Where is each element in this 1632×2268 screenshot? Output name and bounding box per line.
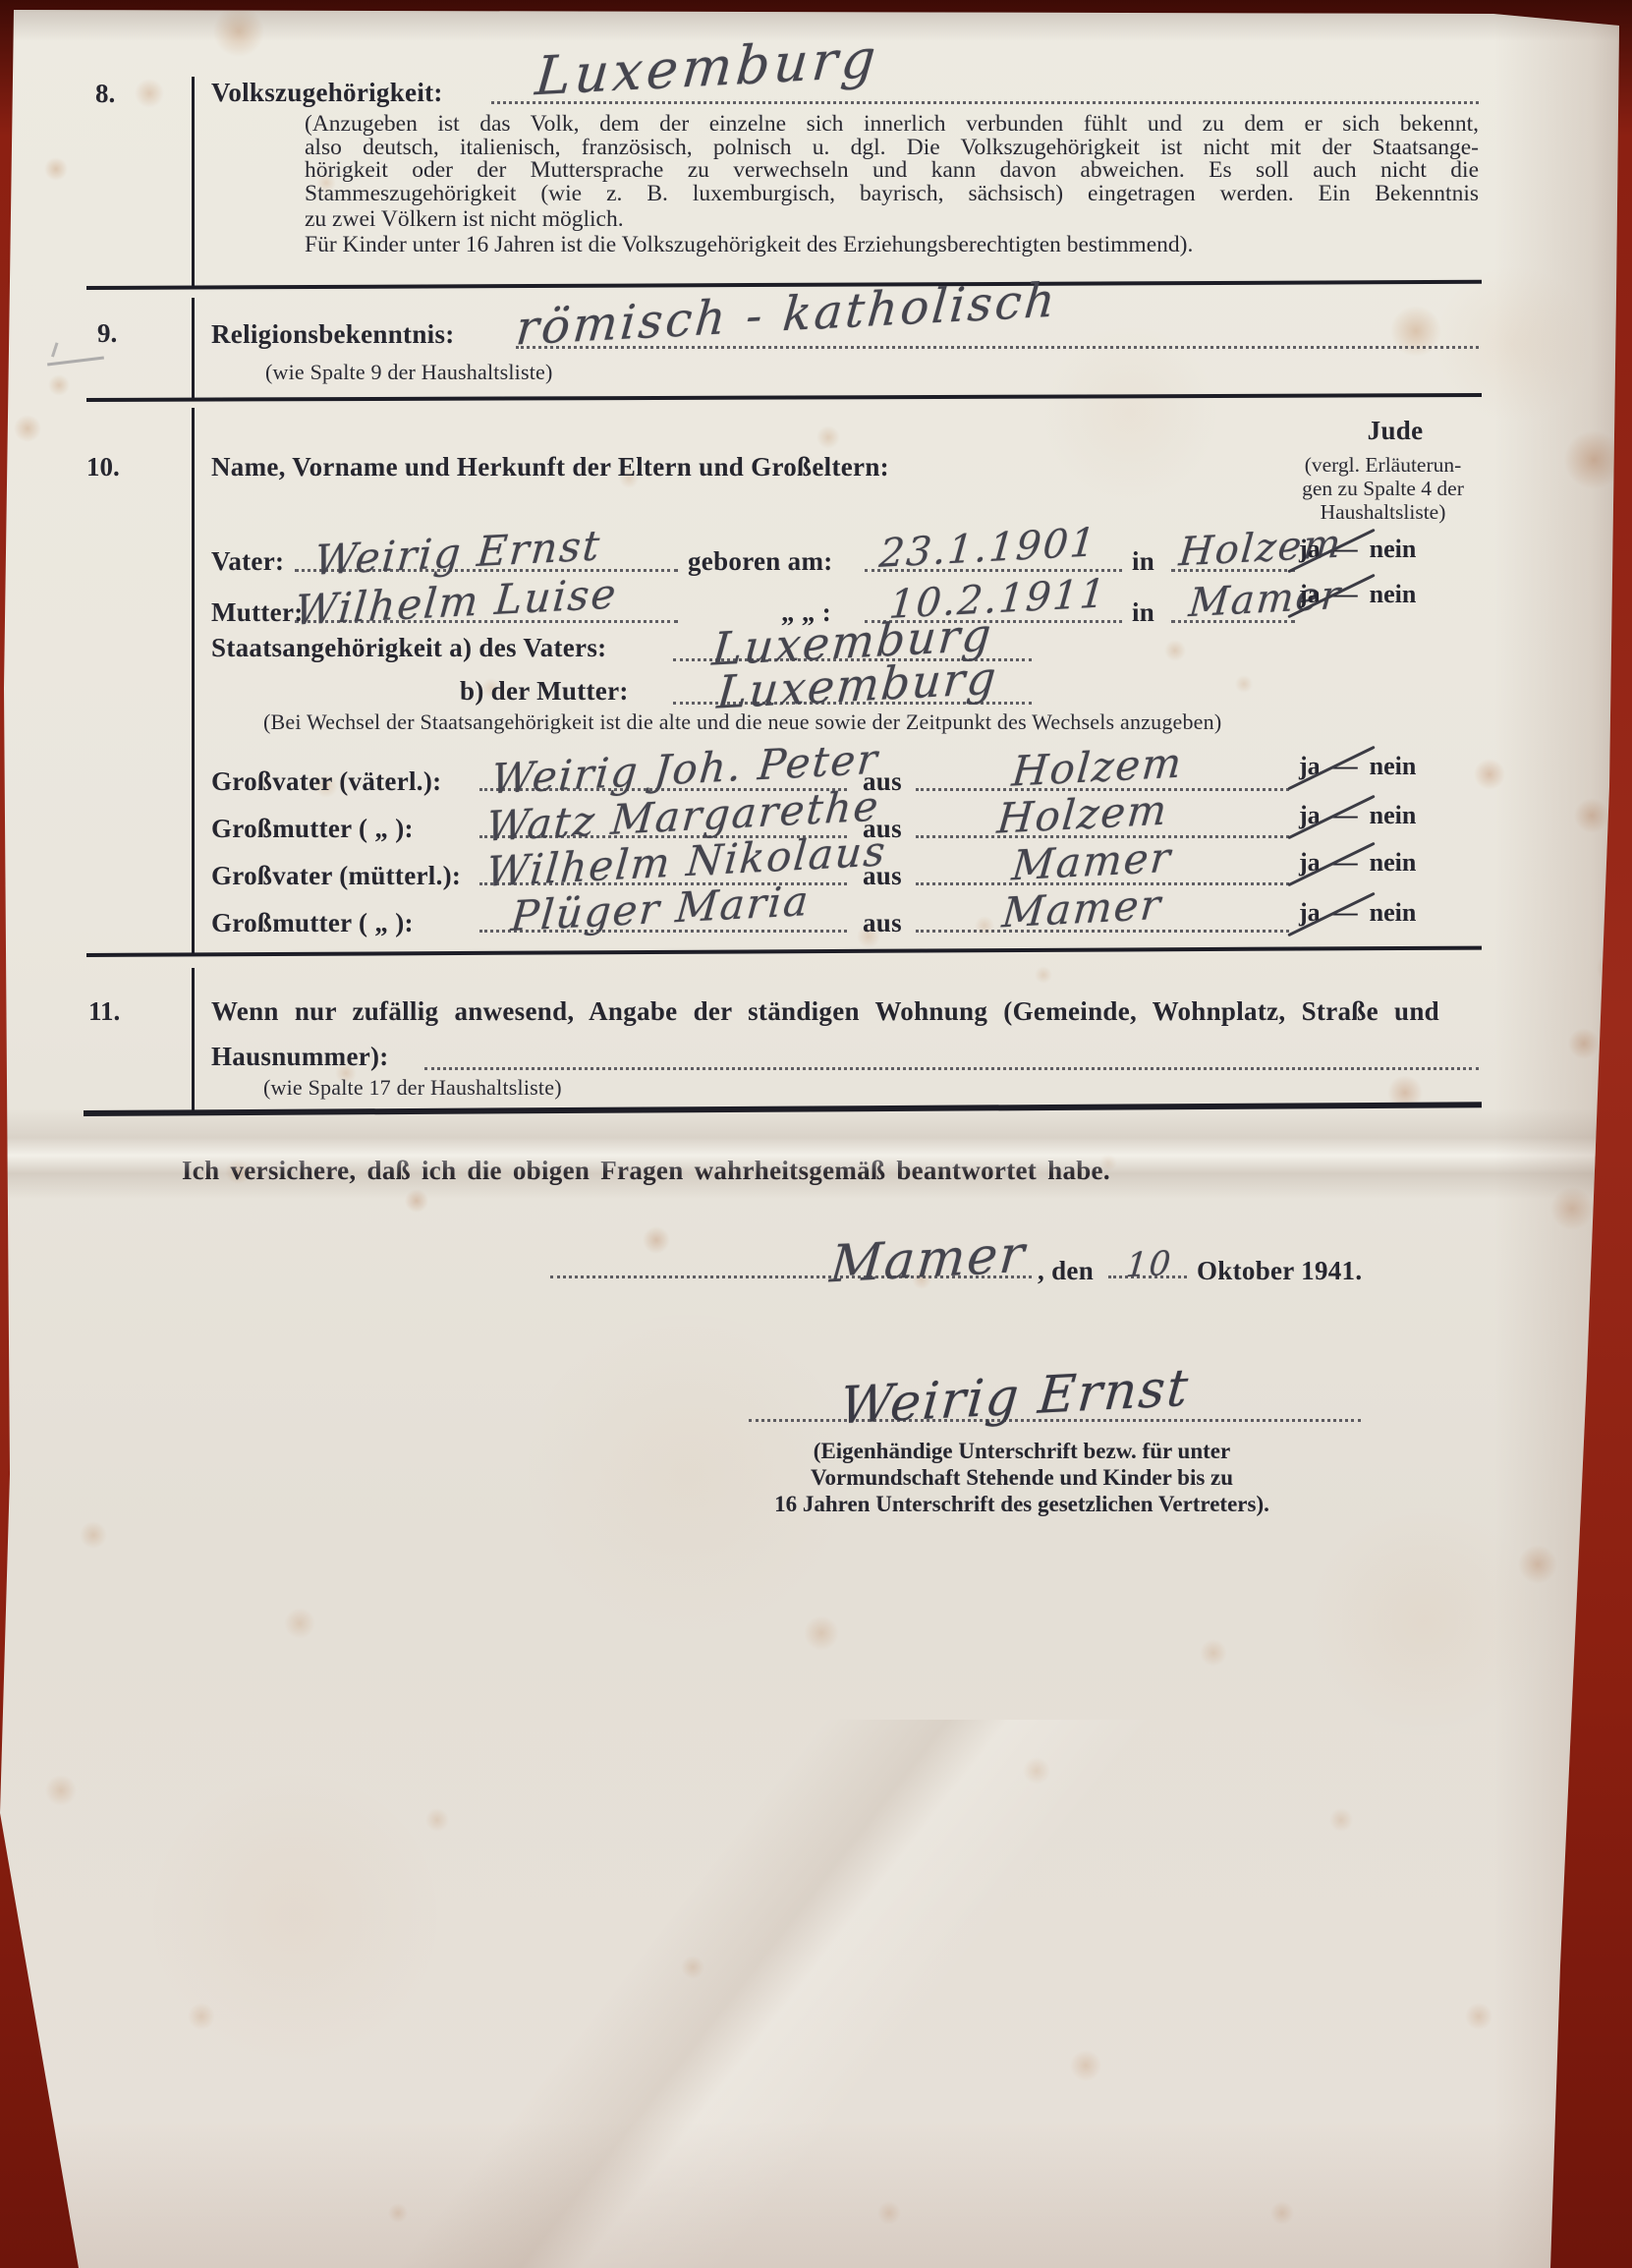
fold-crease: [0, 1108, 1632, 1199]
item10-label: Name, Vorname und Herkunft der Eltern un…: [211, 454, 889, 481]
gp1-jude-answer: ja—nein: [1299, 754, 1416, 779]
nein-label: nein: [1370, 752, 1417, 780]
place-handwritten: Mamer: [828, 1229, 1028, 1291]
date-label: Oktober 1941.: [1197, 1258, 1362, 1284]
item9-label: Religionsbekenntnis:: [211, 321, 455, 348]
section-divider-thick: [84, 1102, 1482, 1116]
nein-label: nein: [1370, 848, 1417, 877]
item8-number: 8.: [95, 81, 115, 107]
margin-divider-9: [192, 298, 195, 398]
grossvater-muetterl-label: Großvater (mütterl.):: [211, 863, 461, 889]
nein-label: nein: [1370, 535, 1417, 563]
nein-label: nein: [1370, 898, 1417, 927]
gp4-aus-label: aus: [863, 910, 902, 936]
jude-column-note-line: gen zu Spalte 4 der: [1277, 477, 1489, 501]
form-paper: 8. Volkszugehörigkeit: Luxemburg (Anzuge…: [0, 0, 1632, 2268]
nein-label: nein: [1370, 801, 1417, 829]
item8-note-line: also deutsch, italienisch, französisch, …: [305, 137, 1479, 160]
wechsel-note: (Bei Wechsel der Staatsangehörigkeit ist…: [263, 711, 1221, 733]
geboren-am-label: geboren am:: [688, 548, 833, 575]
item8-note-line: (Anzugeben ist das Volk, dem der einzeln…: [305, 113, 1479, 137]
item11-number: 11.: [88, 998, 120, 1025]
gp3-place-handwritten: Mamer: [1010, 837, 1173, 887]
vater-label: Vater:: [211, 548, 284, 575]
margin-divider-10: [192, 408, 195, 953]
gp2-jude-answer: ja—nein: [1299, 803, 1416, 828]
gp4-jude-answer: ja—nein: [1299, 900, 1416, 926]
nein-label: nein: [1370, 580, 1417, 608]
den-label: , den: [1038, 1258, 1094, 1284]
staats-vater-label: Staatsangehörigkeit a) des Vaters:: [211, 635, 606, 661]
jude-column-header: Jude: [1307, 418, 1484, 444]
staats-mutter-label: b) der Mutter:: [460, 678, 629, 705]
gp2-place-handwritten: Holzem: [995, 789, 1170, 839]
section-divider: [86, 393, 1482, 402]
item9-handwritten-value: römisch - katholisch: [514, 276, 1059, 352]
jude-column-note-line: (vergl. Erläuterun-: [1277, 453, 1489, 478]
jude-column-note-line: Haushaltsliste): [1277, 500, 1489, 525]
affirmation-statement: Ich versichere, daß ich die obigen Frage…: [182, 1158, 1110, 1184]
item11-note: (wie Spalte 17 der Haushaltsliste): [263, 1077, 562, 1099]
item8-note-line: hörigkeit oder der Muttersprache zu verw…: [305, 159, 1479, 183]
item8-note-line: Für Kinder unter 16 Jahren ist die Volks…: [305, 234, 1479, 257]
item8-handwritten-value: Luxemburg: [534, 32, 881, 104]
item11-line1: Wenn nur zufällig anwesend, Angabe der s…: [211, 998, 1439, 1025]
item9-number: 9.: [97, 320, 117, 347]
gp3-jude-answer: ja—nein: [1299, 850, 1416, 876]
signature-note-line: Vormundschaft Stehende und Kinder bis zu: [678, 1465, 1366, 1492]
item11-line2: Hausnummer):: [211, 1044, 389, 1070]
item8-note-line: zu zwei Völkern ist nicht möglich.: [305, 208, 1479, 232]
photo-background: 8. Volkszugehörigkeit: Luxemburg (Anzuge…: [0, 0, 1632, 2268]
grossvater-vaeterl-label: Großvater (väterl.):: [211, 768, 441, 795]
margin-divider-8: [192, 77, 195, 286]
paper-edge-shadow: [0, 2121, 1632, 2268]
item10-number: 10.: [86, 454, 120, 481]
staats-mutter-handwritten: Luxemburg: [715, 654, 999, 714]
item8-note-line: Stammeszugehörigkeit (wie z. B. luxembur…: [305, 183, 1479, 206]
signature-note-line: 16 Jahren Unterschrift des gesetzlichen …: [678, 1492, 1366, 1518]
pencil-smudge: [51, 342, 68, 360]
margin-divider-11: [192, 968, 195, 1112]
vater-date-handwritten: 23.1.1901: [877, 523, 1098, 574]
section-divider: [86, 946, 1482, 957]
corner-crease: [0, 1720, 1632, 2268]
gp4-place-handwritten: Mamer: [1000, 884, 1163, 935]
vater-jude-answer: ja—nein: [1299, 537, 1416, 562]
mutter-label: Mutter:: [211, 599, 304, 626]
paper-edge-shadow: [1494, 0, 1632, 2268]
item8-label: Volkszugehörigkeit:: [211, 80, 443, 106]
item11-dotted-line: [424, 1067, 1479, 1070]
item9-note: (wie Spalte 9 der Haushaltsliste): [265, 362, 553, 383]
day-handwritten: 10: [1125, 1247, 1174, 1283]
gp3-aus-label: aus: [863, 863, 902, 889]
grossmutter-muetterl-label: Großmutter ( „ ):: [211, 910, 414, 936]
mutter-in-label: in: [1132, 599, 1154, 626]
mutter-jude-answer: ja—nein: [1299, 582, 1416, 607]
vater-in-label: in: [1132, 548, 1154, 575]
signature-note-line: (Eigenhändige Unterschrift bezw. für unt…: [678, 1439, 1366, 1465]
grossmutter-vaeterl-label: Großmutter ( „ ):: [211, 816, 414, 842]
